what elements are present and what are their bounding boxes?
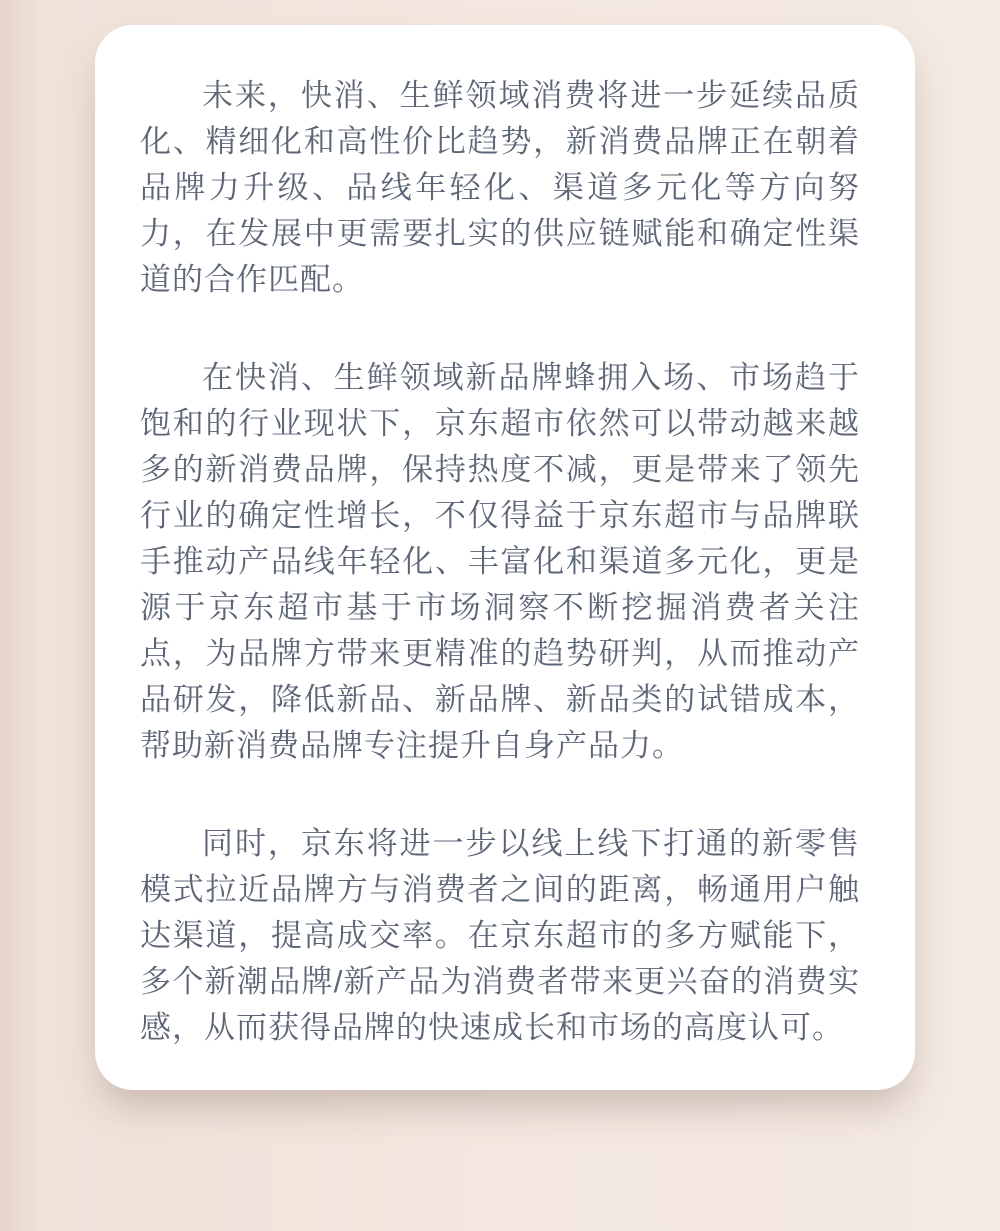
article-paragraph-2: 在快消、生鲜领域新品牌蜂拥入场、市场趋于饱和的行业现状下，京东超市依然可以带动越… (140, 355, 860, 769)
page-background: { "page": { "background_color": "#f3e7df… (0, 0, 1000, 1231)
article-card: 未来，快消、生鲜领域消费将进一步延续品质化、精细化和高性价比趋势，新消费品牌正在… (95, 25, 915, 1090)
article-paragraph-3: 同时，京东将进一步以线上线下打通的新零售模式拉近品牌方与消费者之间的距离，畅通用… (140, 821, 860, 1051)
article-paragraph-1: 未来，快消、生鲜领域消费将进一步延续品质化、精细化和高性价比趋势，新消费品牌正在… (140, 73, 860, 303)
